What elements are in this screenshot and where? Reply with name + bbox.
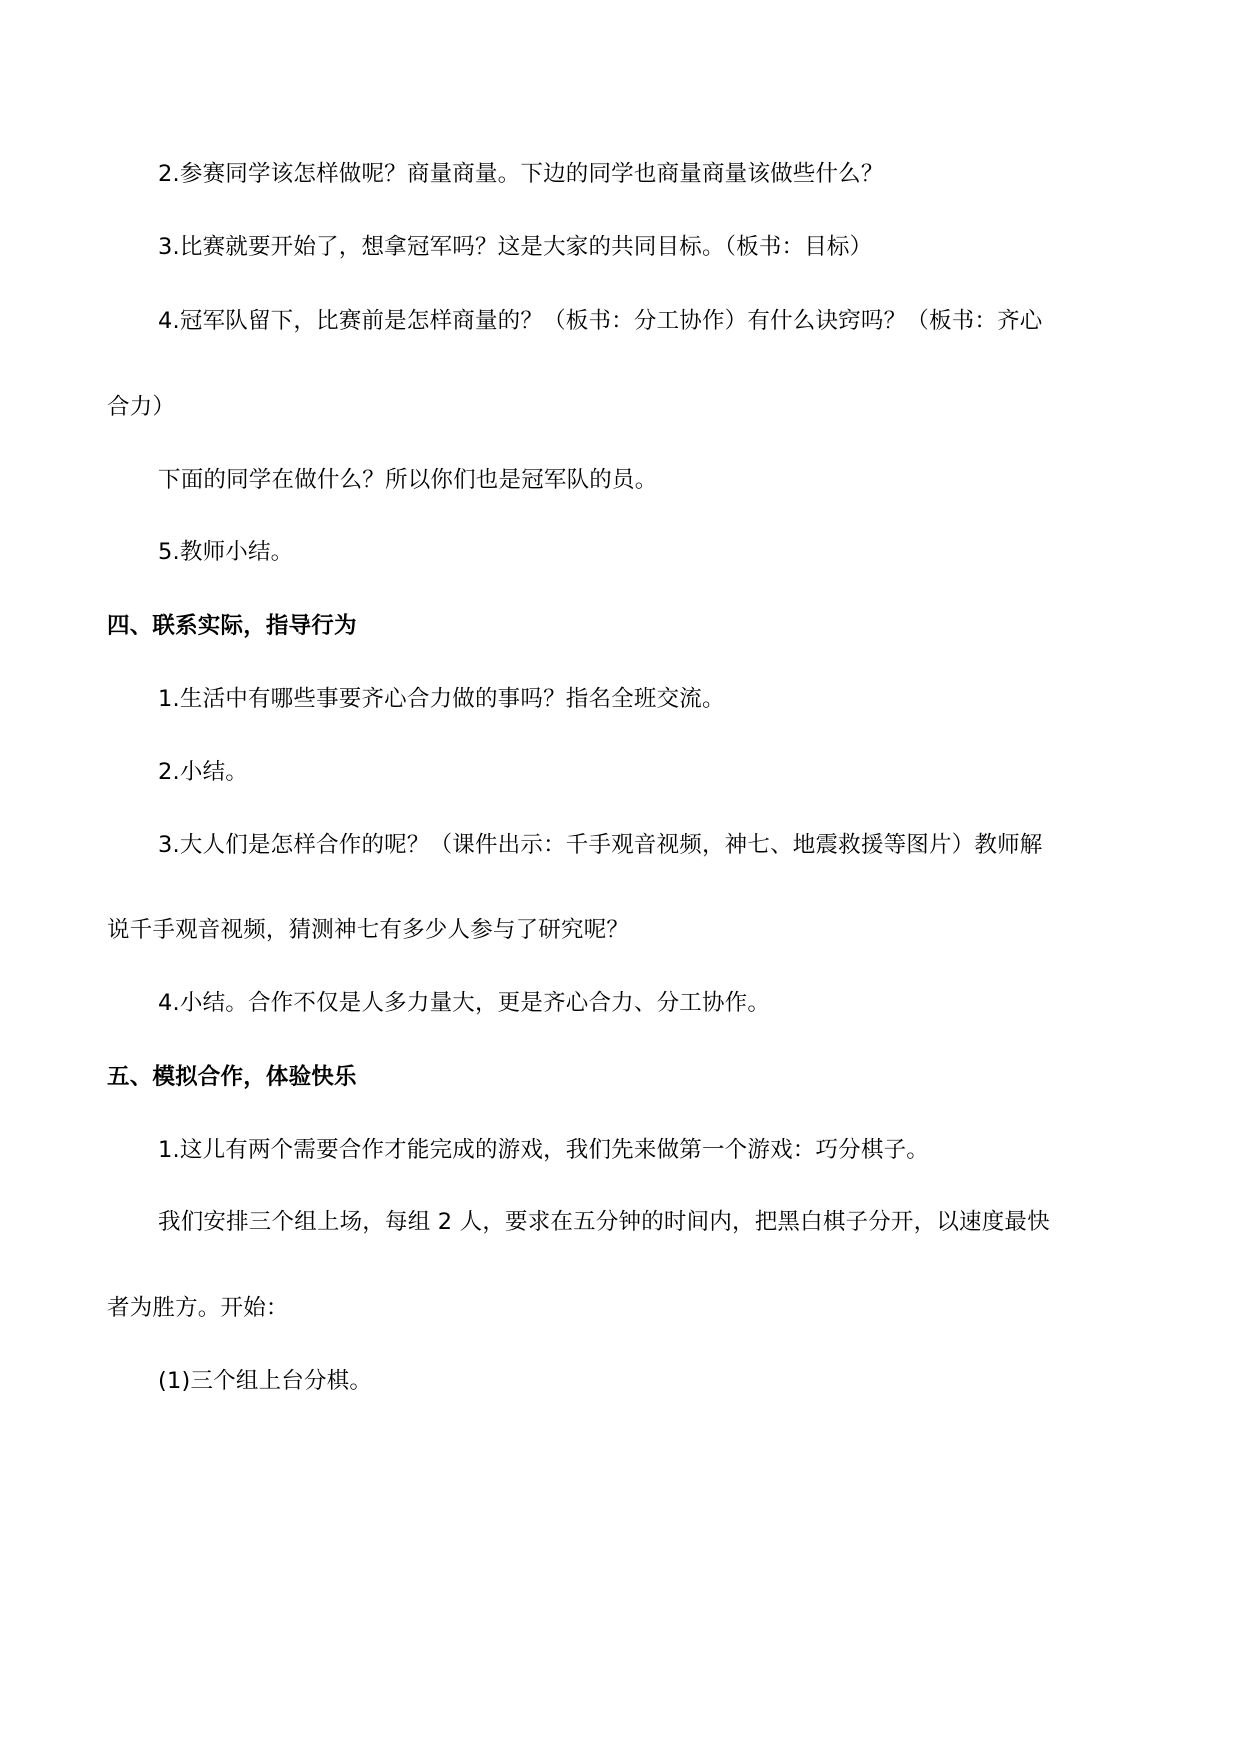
paragraph-continuation: 说千手观音视频，猜测神七有多少人参与了研究呢？ [107, 915, 629, 945]
paragraph-item-4: 4.冠军队留下，比赛前是怎样商量的？（板书：分工协作）有什么诀窍吗？（板书：齐心 [158, 306, 1042, 336]
paragraph-item-3: 3.比赛就要开始了，想拿冠军吗？这是大家的共同目标。（板书：目标） [158, 232, 872, 262]
section-heading-4: 四、联系实际，指导行为 [107, 611, 357, 641]
paragraph-item-5: 5.教师小结。 [158, 537, 293, 567]
paragraph-item-2: 2.参赛同学该怎样做呢？商量商量。下边的同学也商量商量该做些什么？ [158, 159, 884, 189]
paragraph-continuation: 合力） [107, 392, 175, 422]
paragraph-item-3: 3.大人们是怎样合作的呢？（课件出示：千手观音视频，神七、地震救援等图片）教师解 [158, 830, 1042, 860]
paragraph-continuation: 者为胜方。开始： [107, 1293, 289, 1323]
paragraph-subitem-1: (1)三个组上台分棋。 [158, 1366, 372, 1396]
paragraph-item-1: 1.生活中有哪些事要齐心合力做的事吗？指名全班交流。 [158, 684, 725, 714]
paragraph-item-2: 2.小结。 [158, 757, 248, 787]
paragraph-text: 我们安排三个组上场，每组 2 人，要求在五分钟的时间内，把黑白棋子分开，以速度最… [158, 1207, 1050, 1237]
section-heading-5: 五、模拟合作，体验快乐 [107, 1062, 357, 1092]
paragraph-item-4: 4.小结。合作不仅是人多力量大，更是齐心合力、分工协作。 [158, 988, 770, 1018]
paragraph-text: 下面的同学在做什么？所以你们也是冠军队的员。 [158, 465, 657, 495]
paragraph-item-1: 1.这儿有两个需要合作才能完成的游戏，我们先来做第一个游戏：巧分棋子。 [158, 1135, 929, 1165]
